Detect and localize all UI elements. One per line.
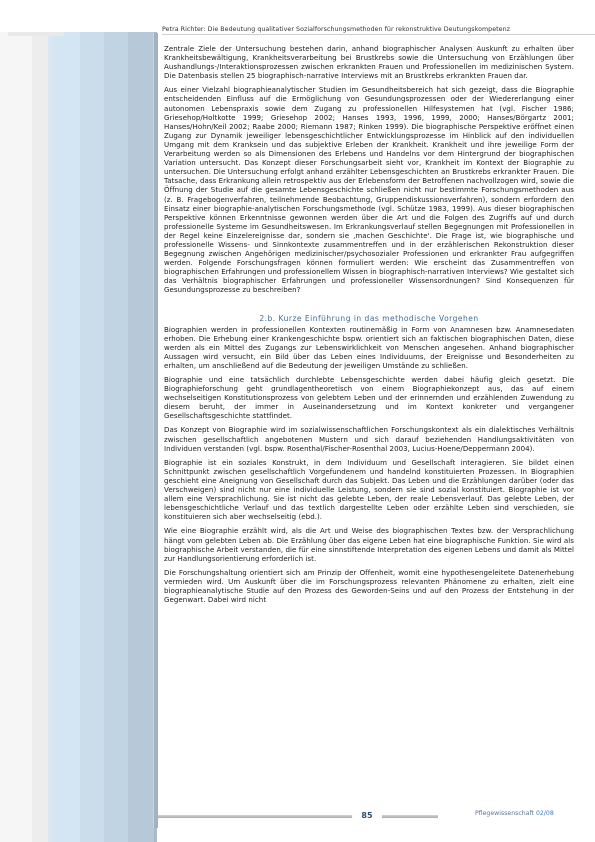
decorative-band-edge xyxy=(153,33,158,828)
paragraph: Aus einer Vielzahl biographieanalytische… xyxy=(164,85,574,294)
journal-footer: Pflegewissenschaft 02/08 xyxy=(475,810,554,817)
paragraph: Die Forschungshaltung orientiert sich am… xyxy=(164,568,574,604)
article-body: Zentrale Ziele der Untersuchung bestehen… xyxy=(164,44,574,609)
section-heading: 2.b. Kurze Einführung in das methodische… xyxy=(164,314,574,323)
journal-issue: 02/08 xyxy=(536,810,554,817)
running-header: Petra Richter: Die Bedeutung qualitative… xyxy=(162,26,595,35)
decorative-side-band xyxy=(0,32,157,842)
decorative-band-cap xyxy=(8,32,64,36)
page-number: 85 xyxy=(352,809,382,823)
paragraph: Das Konzept von Biographie wird im sozia… xyxy=(164,425,574,452)
paragraph: Biographien werden in professionellen Ko… xyxy=(164,325,574,370)
paragraph: Zentrale Ziele der Untersuchung bestehen… xyxy=(164,44,574,80)
paragraph: Biographie und eine tatsächlich durchleb… xyxy=(164,375,574,420)
journal-name: Pflegewissenschaft xyxy=(475,810,534,817)
footer-rule xyxy=(158,815,438,818)
paragraph: Biographie ist ein soziales Konstrukt, i… xyxy=(164,458,574,522)
paragraph: Wie eine Biographie erzählt wird, als di… xyxy=(164,526,574,562)
